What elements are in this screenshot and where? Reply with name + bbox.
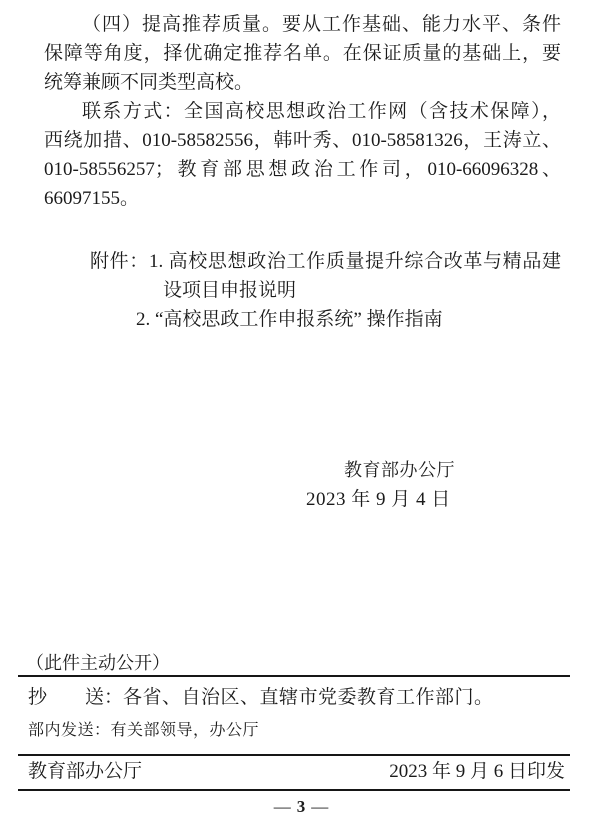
attachment-item-1: 附件：1. 高校思想政治工作质量提升综合改革与精品建 <box>90 247 561 276</box>
disclosure-note: （此件主动公开） <box>26 651 170 675</box>
divider-line-top <box>18 675 570 677</box>
signature-date: 2023 年 9 月 4 日 <box>306 488 451 512</box>
body-text-line: 西绕加措、010-58582556，韩叶秀、010-58581326，王涛立、 <box>44 126 561 155</box>
page-number-dash-right: — <box>311 797 328 816</box>
internal-value: 有关部领导，办公厅 <box>111 722 260 739</box>
cc-label: 抄 送： <box>28 687 123 708</box>
cc-value: 各省、自治区、直辖市党委教育工作部门。 <box>123 687 494 708</box>
page-number: —3— <box>0 797 602 817</box>
document-page: （四）提高推荐质量。要从工作基础、能力水平、条件 保障等角度，择优确定推荐名单。… <box>0 0 602 831</box>
body-text-line: 010-58556257；教育部思想政治工作司，010-66096328、 <box>44 155 561 184</box>
page-number-value: 3 <box>297 797 306 816</box>
internal-label: 部内发送： <box>28 722 111 739</box>
page-number-dash-left: — <box>274 797 291 816</box>
divider-line-bottom <box>18 789 570 791</box>
issuer-row: 教育部办公厅 2023 年 9 月 6 日印发 <box>28 759 565 785</box>
cc-row: 抄 送：各省、自治区、直辖市党委教育工作部门。 <box>28 685 588 711</box>
body-text-line: （四）提高推荐质量。要从工作基础、能力水平、条件 <box>44 10 561 39</box>
internal-distribution-row: 部内发送：有关部领导，办公厅 <box>28 719 588 743</box>
body-text-line: 联系方式：全国高校思想政治工作网（含技术保障）， <box>44 97 561 126</box>
body-text-line: 66097155。 <box>44 184 561 213</box>
body-text-line: 保障等角度，择优确定推荐名单。在保证质量的基础上，要 <box>44 39 561 68</box>
print-date: 2023 年 9 月 6 日印发 <box>389 759 565 785</box>
attachment-item-1-continuation: 设项目申报说明 <box>163 276 296 305</box>
signature-organization: 教育部办公厅 <box>344 458 455 482</box>
body-text-line: 统筹兼顾不同类型高校。 <box>44 68 561 97</box>
attachment-item-2: 2. “高校思政工作申报系统” 操作指南 <box>136 305 443 334</box>
issuer-name: 教育部办公厅 <box>28 759 142 785</box>
divider-line-middle <box>18 754 570 756</box>
